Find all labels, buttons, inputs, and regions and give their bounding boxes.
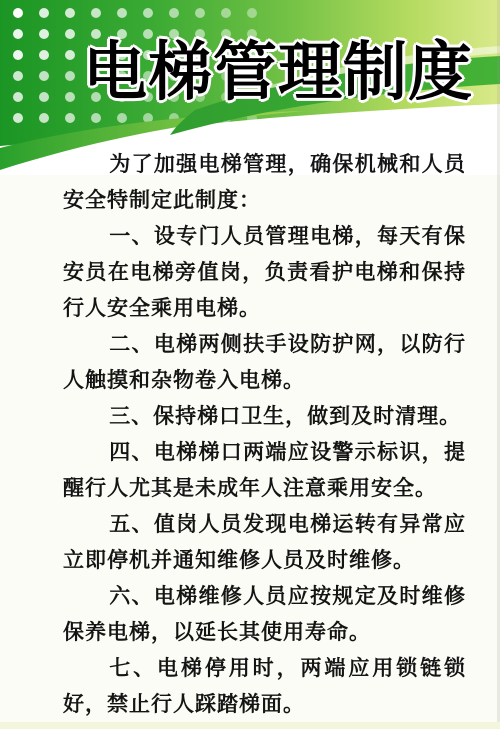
rule-paragraph-4: 四、电梯梯口两端应设警示标识，提醒行人尤其是未成年人注意乘用安全。 — [63, 434, 466, 506]
rule-paragraph-6: 六、电梯维修人员应按规定及时维修保养电梯，以延长其使用寿命。 — [63, 578, 466, 650]
bottom-edge-strip — [0, 722, 500, 729]
page-title: 电梯管理制度 — [83, 38, 473, 108]
rule-paragraph-5: 五、值岗人员发现电梯运转有异常应立即停机并通知维修人员及时维修。 — [63, 506, 466, 578]
intro-paragraph: 为了加强电梯管理，确保机械和人员安全特制定此制度： — [63, 146, 466, 218]
rules-text: 为了加强电梯管理，确保机械和人员安全特制定此制度： 一、设专门人员管理电梯，每天… — [63, 146, 466, 722]
rule-paragraph-3: 三、保持梯口卫生，做到及时清理。 — [63, 398, 466, 434]
rule-paragraph-2: 二、电梯两侧扶手设防护网，以防行人触摸和杂物卷入电梯。 — [63, 326, 466, 398]
rule-paragraph-7: 七、电梯停用时，两端应用锁链锁好，禁止行人踩踏梯面。 — [63, 650, 466, 722]
poster: 电梯管理制度 为了加强电梯管理，确保机械和人员安全特制定此制度： 一、设专门人员… — [0, 0, 500, 729]
rule-paragraph-1: 一、设专门人员管理电梯，每天有保安员在电梯旁值岗，负责看护电梯和保持行人安全乘用… — [63, 218, 466, 326]
